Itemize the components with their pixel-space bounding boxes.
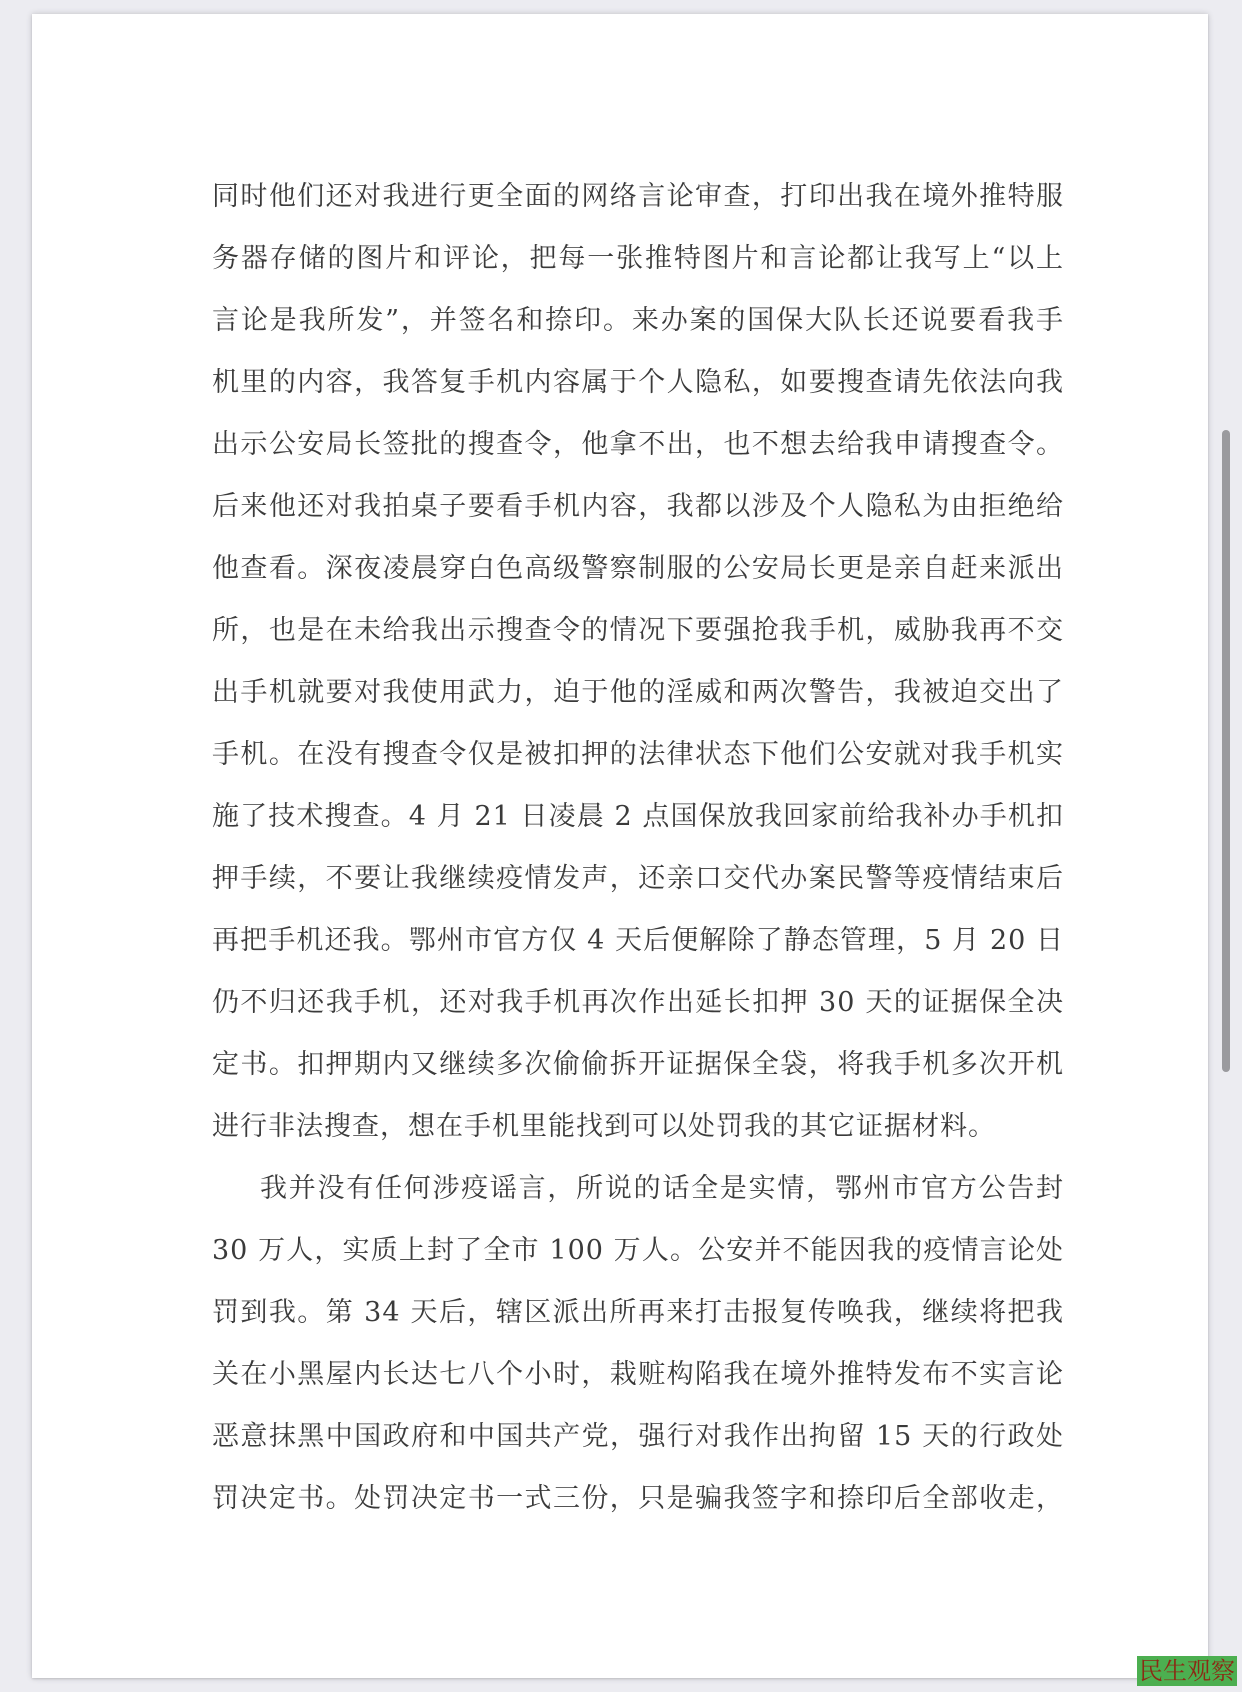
- text-line: 关在小黑屋内长达七八个小时，栽赃构陷我在境外推特发布不实言论: [212, 1344, 1064, 1406]
- text-line: 机里的内容，我答复手机内容属于个人隐私，如要搜查请先依法向我: [212, 352, 1064, 414]
- text-line: 恶意抹黑中国政府和中国共产党，强行对我作出拘留 15 天的行政处: [212, 1406, 1064, 1468]
- text-line: 仍不归还我手机，还对我手机再次作出延长扣押 30 天的证据保全决: [212, 972, 1064, 1034]
- text-line: 罚决定书。处罚决定书一式三份，只是骗我签字和捺印后全部收走，: [212, 1468, 1064, 1530]
- text-line: 务器存储的图片和评论，把每一张推特图片和言论都让我写上“以上: [212, 228, 1064, 290]
- text-line: 罚到我。第 34 天后，辖区派出所再来打击报复传唤我，继续将把我: [212, 1282, 1064, 1344]
- text-line: 手机。在没有搜查令仅是被扣押的法律状态下他们公安就对我手机实: [212, 724, 1064, 786]
- vertical-scrollbar[interactable]: [1222, 430, 1230, 1072]
- text-line: 后来他还对我拍桌子要看手机内容，我都以涉及个人隐私为由拒绝给: [212, 476, 1064, 538]
- text-line: 同时他们还对我进行更全面的网络言论审查，打印出我在境外推特服: [212, 166, 1064, 228]
- text-line: 再把手机还我。鄂州市官方仅 4 天后便解除了静态管理，5 月 20 日: [212, 910, 1064, 972]
- text-line: 定书。扣押期内又继续多次偷偷拆开证据保全袋，将我手机多次开机: [212, 1034, 1064, 1096]
- text-line: 他查看。深夜凌晨穿白色高级警察制服的公安局长更是亲自赶来派出: [212, 538, 1064, 600]
- text-line: 押手续，不要让我继续疫情发声，还亲口交代办案民警等疫情结束后: [212, 848, 1064, 910]
- text-line: 施了技术搜查。4 月 21 日凌晨 2 点国保放我回家前给我补办手机扣: [212, 786, 1064, 848]
- document-body: 同时他们还对我进行更全面的网络言论审查，打印出我在境外推特服 务器存储的图片和评…: [212, 166, 1064, 1530]
- text-line: 30 万人，实质上封了全市 100 万人。公安并不能因我的疫情言论处: [212, 1220, 1064, 1282]
- text-line: 出手机就要对我使用武力，迫于他的淫威和两次警告，我被迫交出了: [212, 662, 1064, 724]
- text-line: 所，也是在未给我出示搜查令的情况下要强抢我手机，威胁我再不交: [212, 600, 1064, 662]
- watermark-badge: 民生观察: [1137, 1656, 1237, 1686]
- text-line: 进行非法搜查，想在手机里能找到可以处罚我的其它证据材料。: [212, 1096, 1064, 1158]
- text-line: 出示公安局长签批的搜查令，他拿不出，也不想去给我申请搜查令。: [212, 414, 1064, 476]
- text-line: 我并没有任何涉疫谣言，所说的话全是实情，鄂州市官方公告封: [212, 1158, 1064, 1220]
- document-page: 同时他们还对我进行更全面的网络言论审查，打印出我在境外推特服 务器存储的图片和评…: [32, 14, 1208, 1678]
- text-line: 言论是我所发”，并签名和捺印。来办案的国保大队长还说要看我手: [212, 290, 1064, 352]
